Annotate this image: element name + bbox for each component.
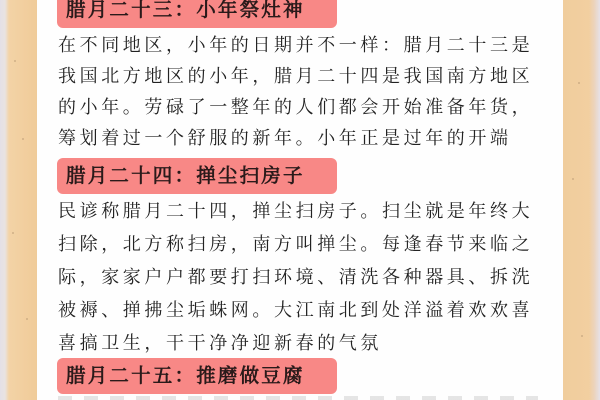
paper-speck xyxy=(14,60,16,62)
paper-border-left xyxy=(0,0,37,400)
section-header-dust-sweeping: 腊月二十四：掸尘扫房子 xyxy=(57,158,337,194)
article-page: 腊月二十三：小年祭灶神 在不同地区，小年的日期并不一样：腊月二十三是 我国北方地… xyxy=(37,0,563,400)
paragraph-line: 被褥、掸拂尘垢蛛网。大江南北到处洋溢着欢欢喜 xyxy=(58,302,533,320)
section-title: 腊月二十五：推磨做豆腐 xyxy=(66,366,305,386)
paper-speck xyxy=(22,138,24,140)
paper-speck xyxy=(12,232,14,234)
cutoff-text-line xyxy=(58,396,538,400)
section-title: 腊月二十三：小年祭灶神 xyxy=(66,0,305,20)
paper-speck xyxy=(26,318,28,320)
paragraph-line: 民谚称腊月二十四，掸尘扫房子。扫尘就是年终大 xyxy=(58,203,533,221)
section-title: 腊月二十四：掸尘扫房子 xyxy=(66,166,305,186)
paragraph-line: 扫除，北方称扫房，南方叫掸尘。每逢春节来临之 xyxy=(58,236,533,254)
paragraph-line: 筹划着过一个舒服的新年。小年正是过年的开端 xyxy=(58,130,512,148)
paragraph-line: 我国北方地区的小年，腊月二十四是我国南方地区 xyxy=(58,68,533,86)
paper-border-right xyxy=(563,0,600,400)
paper-speck xyxy=(578,82,580,84)
paragraph-line: 际，家家户户都要打扫环境、清洗各种器具、拆洗 xyxy=(58,269,533,287)
paper-speck xyxy=(581,335,583,337)
paragraph-line: 喜搞卫生，干干净净迎新春的气氛 xyxy=(58,335,382,353)
paragraph-line: 在不同地区，小年的日期并不一样：腊月二十三是 xyxy=(58,37,533,55)
paragraph-line: 的小年。劳碌了一整年的人们都会开始准备年货， xyxy=(58,99,533,117)
section-header-tofu: 腊月二十五：推磨做豆腐 xyxy=(57,358,337,394)
paper-speck xyxy=(572,178,574,180)
section-header-xiaonian: 腊月二十三：小年祭灶神 xyxy=(57,0,337,28)
